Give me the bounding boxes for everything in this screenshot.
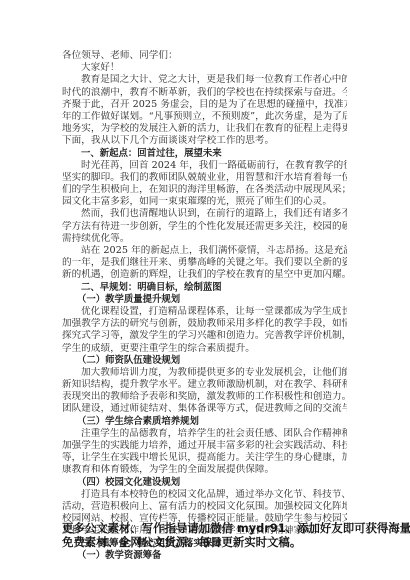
paragraph-line: 加大教师培训力度，为教师提供更多的专业发展机会，让他们能够不断更	[62, 367, 347, 379]
paragraph-line: 时代的浪潮中，教育不断革新，我们的学校也在持续探索与奋进。今天，我们	[62, 87, 347, 99]
paragraph-line: 学方法有待进一步创新，学生的个性化发展还需更多关注，校园的硬件设施还	[62, 221, 347, 233]
section-heading-1: 一、新起点：回首过往，展望未来	[62, 148, 347, 160]
paragraph-line: 团队建设，通过师徒结对、集体备课等方式，促进教师之间的交流与合作。	[62, 403, 347, 415]
paragraph-line: 探究式学习等，激发学生的学习兴趣和创造力。完善教学评价机制，不仅关注	[62, 330, 347, 342]
paragraph-line: 需持续优化等。	[62, 233, 347, 245]
paragraph-line: 坚实的脚印。我们的教师团队兢兢业业，用智慧和汗水培育着每一位学生；我	[62, 172, 347, 184]
paragraph-line: 的一年，是我们继往开来、勇攀高峰的关键之年。我们要以全新的姿态，迎接	[62, 257, 347, 269]
section1-paragraph-1: 时光荏苒，回首 2024 年，我们一路砥砺前行，在教育教学的征程中留下了 坚实的…	[62, 160, 347, 209]
paragraph-line: 学生的成绩，更要注重学生的综合素质提升。	[62, 343, 347, 355]
promo-line: 更多公文素材、写作指导请加微信 mydr91、添加好友即可获得海量	[62, 521, 352, 535]
document-body: 各位领导、老师、同学们： 大家好！ 教育是国之大计、党之大计，更是我们每一位教育…	[62, 50, 347, 562]
paragraph-line: 们的学生积极向上，在知识的海洋里畅游，在各类活动中展现风采；我们的校	[62, 184, 347, 196]
paragraph-line: 新知识结构，提升教学水平。建立教师激励机制，对在教学、科研和育人方面	[62, 379, 347, 391]
paragraph-line: 新的机遇，创造新的辉煌，让我们的学校在教育的星空中更加闪耀。	[62, 269, 347, 281]
paragraph-line: 地务实，为学校的发展注入新的活力，让我们在教育的征程上走得更稳、更远。	[62, 123, 347, 135]
paragraph-line: 园文化丰富多彩，如同一束束璀璨的光，照亮了师生们的心灵。	[62, 196, 347, 208]
paragraph-line: 加强教学方法的研究与创新，鼓励教师采用多样化的教学手段，如情景教学、	[62, 318, 347, 330]
paragraph-line: 优化课程设置，打造精品课程体系，让每一堂课都成为学生成长的阶梯。	[62, 306, 347, 318]
subsection-heading: （二）师资队伍建设规划	[62, 355, 347, 367]
paragraph-line: 年的工作做好谋划。“凡事预则立，不预则废”，此次务虚，是为了后续更好	[62, 111, 347, 123]
greeting: 大家好！	[62, 62, 347, 74]
section1-paragraph-2: 然而，我们也清醒地认识到，在前行的道路上，我们还有诸多不足，如教 学方法有待进一…	[62, 208, 347, 245]
paragraph-line: 齐聚于此，召开 2025 务虚会，目的是为了在思想的碰撞中，找准方向，为新一	[62, 99, 347, 111]
subsection-paragraph: 加大教师培训力度，为教师提供更多的专业发展机会，让他们能够不断更 新知识结构，提…	[62, 367, 347, 416]
paragraph-line: 等，让学生在实践中增长见识，提高能力。关注学生的身心健康，加强心理健	[62, 452, 347, 464]
subsection-paragraph: 优化课程设置，打造精品课程体系，让每一堂课都成为学生成长的阶梯。 加强教学方法的…	[62, 306, 347, 355]
paragraph-line: 表现突出的教师给予表彰和奖励，激发教师的工作积极性和创造力。加强教师	[62, 391, 347, 403]
paragraph-line: 然而，我们也清醒地认识到，在前行的道路上，我们还有诸多不足，如教	[62, 208, 347, 220]
section1-paragraph-3: 站在 2025 年的新起点上，我们满怀豪情，斗志昂扬。这是充满希望与挑战 的一年…	[62, 245, 347, 282]
salutation: 各位领导、老师、同学们：	[62, 50, 347, 62]
paragraph-line: 下面，我从以下几个方面谈谈对学校工作的思考。	[62, 135, 347, 147]
promo-footer: 更多公文素材、写作指导请加微信 mydr91、添加好友即可获得海量 免费素材、全…	[62, 521, 352, 549]
paragraph-line: 康教育和体育锻炼，为学生的全面发展提供保障。	[62, 464, 347, 476]
subsection-paragraph: 注重学生的品德教育，培养学生的社会责任感、团队合作精神和创新意识。 加强学生的实…	[62, 428, 347, 477]
subsection-heading: （一）教学资源筹备	[62, 550, 347, 562]
subsection-heading: （三）学生综合素质培养规划	[62, 416, 347, 428]
section-heading-2: 二、早规划：明确目标，绘制蓝图	[62, 282, 347, 294]
subsection-heading: （四）校园文化建设规划	[62, 477, 347, 489]
paragraph-line: 注重学生的品德教育，培养学生的社会责任感、团队合作精神和创新意识。	[62, 428, 347, 440]
paragraph-line: 教育是国之大计、党之大计，更是我们每一位教育工作者心中的明灯。在	[62, 74, 347, 86]
paragraph-line: 站在 2025 年的新起点上，我们满怀豪情，斗志昂扬。这是充满希望与挑战	[62, 245, 347, 257]
intro-paragraph: 教育是国之大计、党之大计，更是我们每一位教育工作者心中的明灯。在 时代的浪潮中，…	[62, 74, 347, 147]
paragraph-line: 时光荏苒，回首 2024 年，我们一路砥砺前行，在教育教学的征程中留下了	[62, 160, 347, 172]
paragraph-line: 打造具有本校特色的校园文化品牌，通过举办文化节、科技节、体育节等	[62, 489, 347, 501]
subsection-heading: （一）教学质量提升规划	[62, 294, 347, 306]
paragraph-line: 加强学生的实践能力培养，通过开展丰富多彩的社会实践活动、科技创新活动	[62, 440, 347, 452]
paragraph-line: 活动，营造积极向上、富有活力的校园文化氛围。加强校园文化阵地建设，如	[62, 501, 347, 513]
promo-line: 免费素材、全网公文货源、每日更新实时文稿。	[62, 535, 352, 549]
